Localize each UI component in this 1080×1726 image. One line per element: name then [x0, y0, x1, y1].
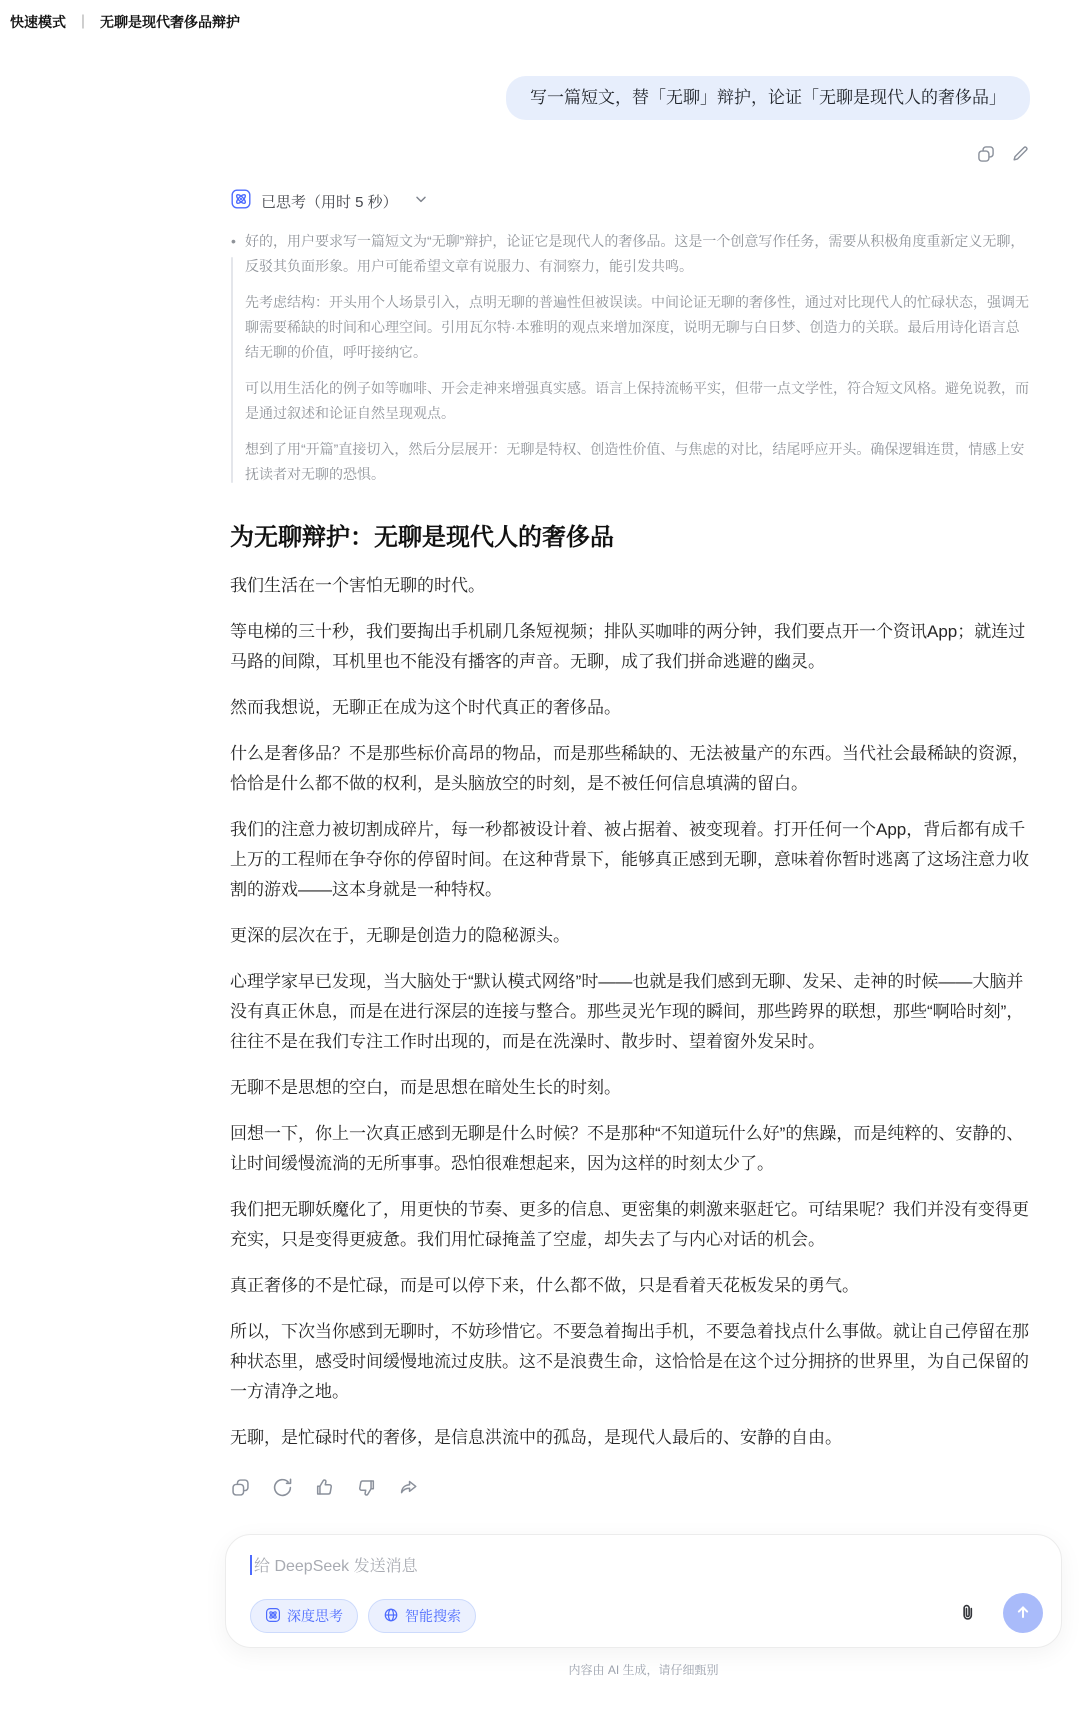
thumbs-up-button[interactable] [314, 1477, 335, 1498]
attach-file-button[interactable] [957, 1602, 979, 1624]
deep-think-toggle[interactable]: 深度思考 [250, 1599, 358, 1633]
smart-search-toggle[interactable]: 智能搜索 [368, 1599, 476, 1633]
user-message-row: 写一篇短文，替「无聊」辩护，论证「无聊是现代人的奢侈品」 [230, 76, 1030, 120]
thinking-paragraph: 可以用生活化的例子如等咖啡、开会走神来增强真实感。语言上保持流畅平实，但带一点文… [245, 376, 1030, 426]
answer-paragraph: 等电梯的三十秒，我们要掏出手机刷几条短视频；排队买咖啡的两分钟，我们要点开一个资… [230, 617, 1030, 677]
thinking-paragraph: 想到了用“开篇”直接切入，然后分层展开：无聊是特权、创造性价值、与焦虑的对比，结… [245, 437, 1030, 487]
share-icon [398, 1477, 419, 1498]
copy-icon [976, 144, 996, 164]
answer-paragraph: 我们生活在一个害怕无聊的时代。 [230, 571, 1030, 601]
deepseek-logo-icon [230, 188, 252, 215]
thinking-summary: 已思考（用时 5 秒） [261, 191, 398, 212]
answer-paragraph: 所以，下次当你感到无聊时，不妨珍惜它。不要急着掏出手机，不要急着找点什么事做。就… [230, 1317, 1030, 1407]
copy-message-button[interactable] [976, 144, 996, 164]
ai-disclaimer: 内容由 AI 生成，请仔细甄别 [225, 1661, 1062, 1678]
edit-message-button[interactable] [1010, 144, 1030, 164]
share-button[interactable] [398, 1477, 419, 1498]
answer-paragraph: 更深的层次在于，无聊是创造力的隐秘源头。 [230, 921, 1030, 951]
bullet-marker: • [231, 229, 236, 254]
copy-answer-button[interactable] [230, 1477, 251, 1498]
answer-paragraph: 心理学家早已发现，当大脑处于“默认模式网络”时——也就是我们感到无聊、发呆、走神… [230, 967, 1030, 1057]
chevron-down-icon [413, 191, 429, 212]
chat-title: 无聊是现代奢侈品辩护 [100, 12, 240, 32]
composer-toolbar: 深度思考 智能搜索 [250, 1593, 1043, 1633]
user-message-bubble: 写一篇短文，替「无聊」辩护，论证「无聊是现代人的奢侈品」 [506, 76, 1030, 120]
thinking-content: • 好的，用户要求写一篇短文为“无聊”辩护，论证它是现代人的奢侈品。这是一个创意… [230, 229, 1030, 487]
input-placeholder: 给 DeepSeek 发送消息 [254, 1553, 418, 1576]
answer-title: 为无聊辩护：无聊是现代人的奢侈品 [230, 521, 1030, 555]
thumbs-up-icon [314, 1477, 335, 1498]
paperclip-icon [957, 1602, 979, 1624]
composer-box: 给 DeepSeek 发送消息 深度思考 [225, 1534, 1062, 1648]
answer-paragraph: 无聊不是思想的空白，而是思想在暗处生长的时刻。 [230, 1073, 1030, 1103]
send-button[interactable] [1003, 1593, 1043, 1633]
regenerate-button[interactable] [272, 1477, 293, 1498]
answer-paragraph: 真正奢侈的不是忙碌，而是可以停下来，什么都不做，只是看着天花板发呆的勇气。 [230, 1271, 1030, 1301]
edit-icon [1010, 144, 1030, 164]
user-message-actions [230, 144, 1030, 164]
window-header: 快速模式 ｜ 无聊是现代奢侈品辩护 [0, 0, 1080, 32]
deep-think-label: 深度思考 [287, 1606, 343, 1626]
answer-paragraph: 我们把无聊妖魔化了，用更快的节奏、更多的信息、更密集的刺激来驱赶它。可结果呢？我… [230, 1195, 1030, 1255]
answer-paragraph: 无聊，是忙碌时代的奢侈，是信息洪流中的孤岛，是现代人最后的、安静的自由。 [230, 1423, 1030, 1453]
deepseek-logo-icon [265, 1607, 281, 1626]
composer-right-actions [957, 1593, 1043, 1633]
mode-pills: 深度思考 智能搜索 [250, 1599, 476, 1633]
header-divider: ｜ [76, 12, 90, 32]
answer-paragraph: 回想一下，你上一次真正感到无聊是什么时候？不是那种“不知道玩什么好”的焦躁，而是… [230, 1119, 1030, 1179]
thinking-toggle[interactable]: 已思考（用时 5 秒） [230, 188, 1030, 215]
thumbs-down-icon [356, 1477, 377, 1498]
send-arrow-icon [1013, 1602, 1033, 1625]
chat-column: 写一篇短文，替「无聊」辩护，论证「无聊是现代人的奢侈品」 [230, 76, 1030, 1498]
copy-icon [230, 1477, 251, 1498]
thinking-paragraph: 先考虑结构：开头用个人场景引入，点明无聊的普遍性但被误读。中间论证无聊的奢侈性，… [245, 290, 1030, 365]
regenerate-icon [272, 1477, 293, 1498]
globe-icon [383, 1607, 399, 1626]
answer-actions [230, 1477, 1030, 1498]
answer-paragraph: 然而我想说，无聊正在成为这个时代真正的奢侈品。 [230, 693, 1030, 723]
smart-search-label: 智能搜索 [405, 1606, 461, 1626]
answer-paragraph: 什么是奢侈品？不是那些标价高昂的物品，而是那些稀缺的、无法被量产的东西。当代社会… [230, 739, 1030, 799]
thumbs-down-button[interactable] [356, 1477, 377, 1498]
thinking-paragraph: • 好的，用户要求写一篇短文为“无聊”辩护，论证它是现代人的奢侈品。这是一个创意… [245, 229, 1030, 279]
message-input[interactable]: 给 DeepSeek 发送消息 [250, 1553, 1043, 1576]
answer-paragraph: 我们的注意力被切割成碎片，每一秒都被设计着、被占据着、被变现着。打开任何一个Ap… [230, 815, 1030, 905]
mode-label: 快速模式 [10, 12, 66, 32]
composer-area: 给 DeepSeek 发送消息 深度思考 [225, 1534, 1062, 1678]
text-cursor [250, 1555, 252, 1575]
